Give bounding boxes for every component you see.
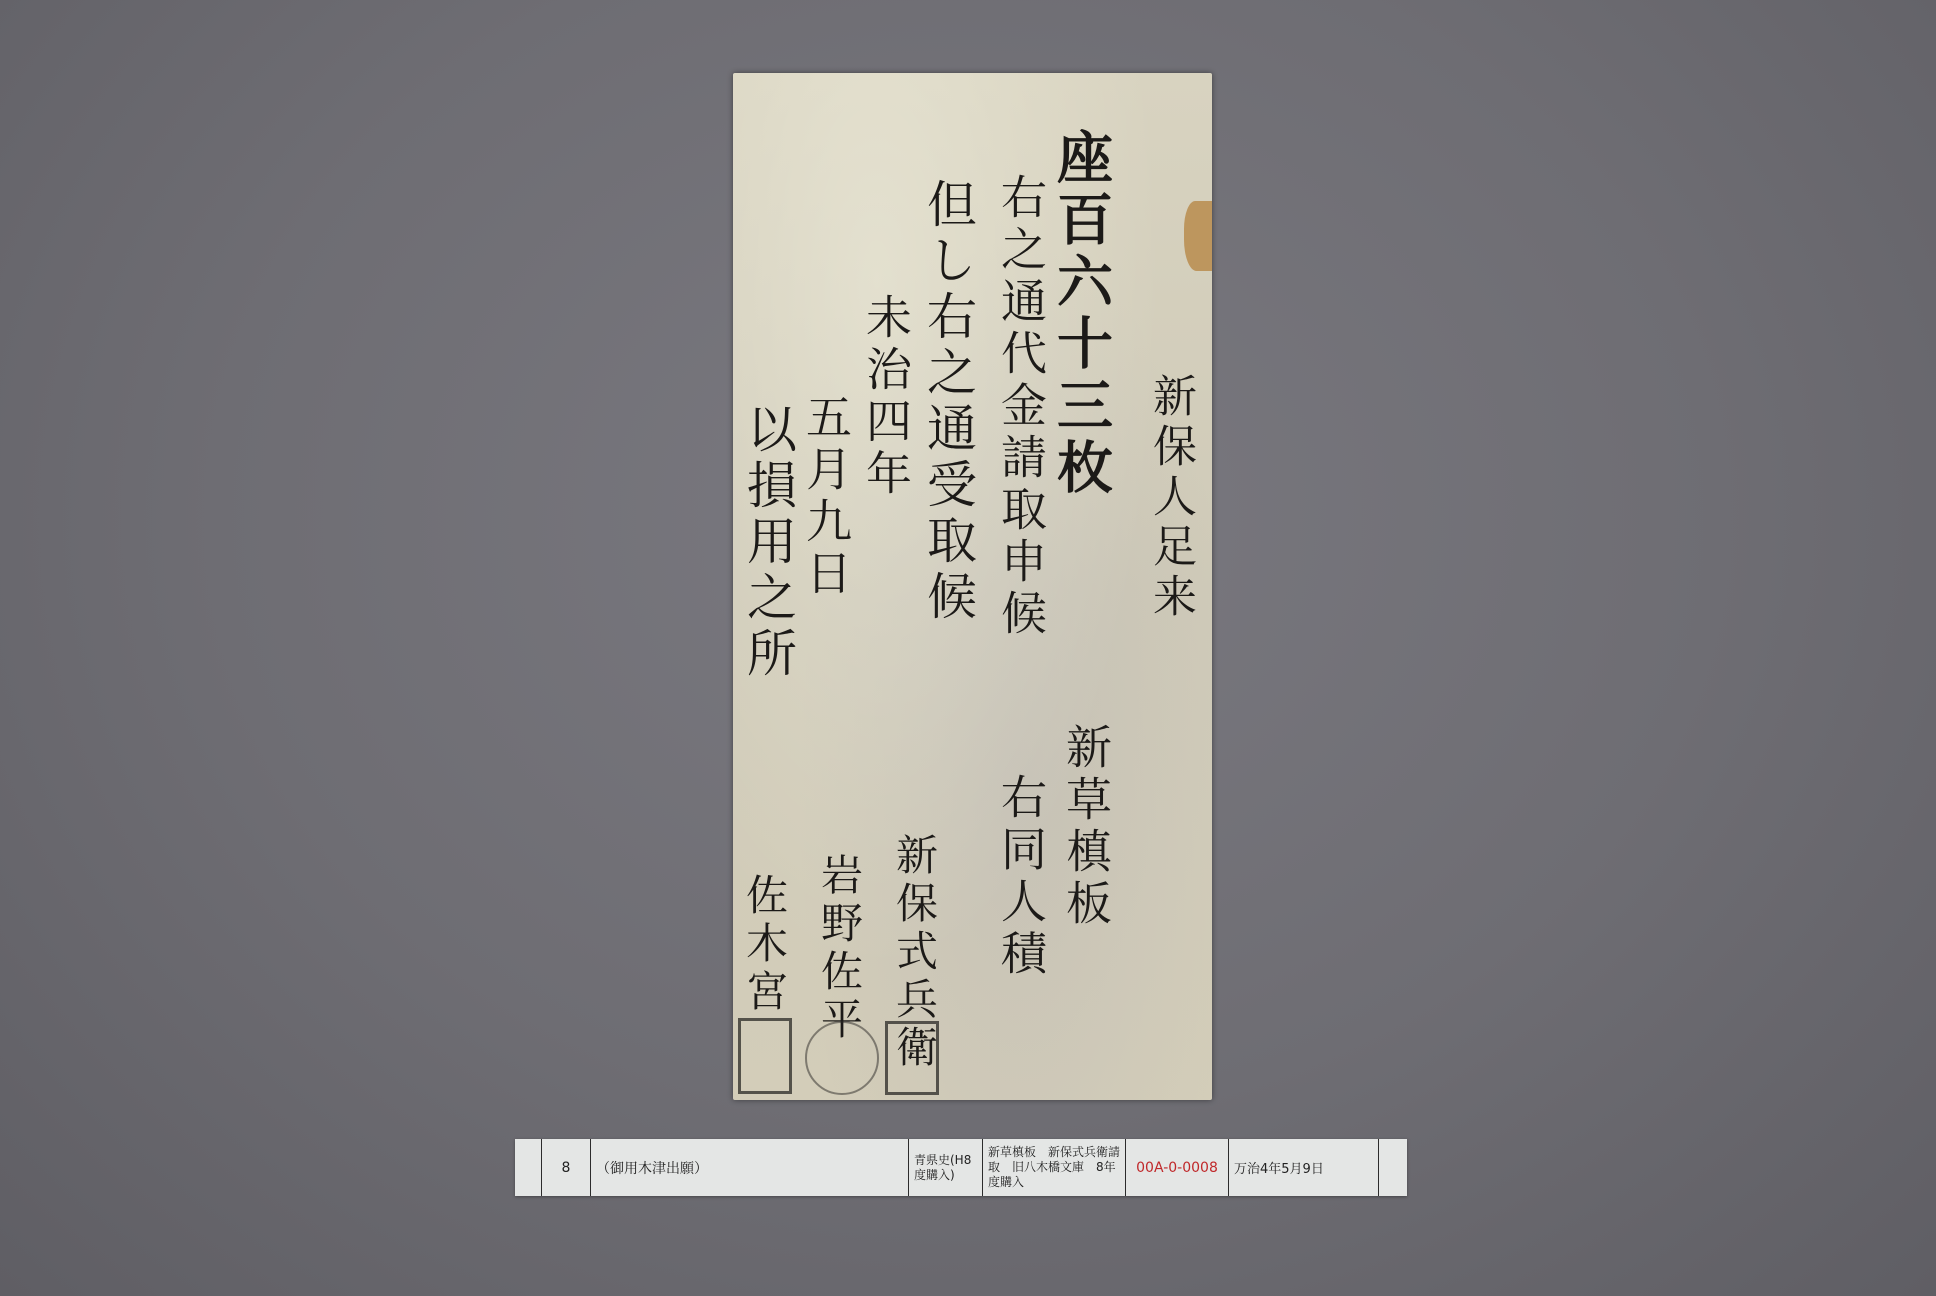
seal-round-center (805, 1021, 879, 1095)
catalog-label-strip: 8 （御用木津出願） 青県史(H8度購入) 新草槙板 新保式兵衛請取 旧八木橋文… (515, 1139, 1407, 1196)
label-source: 青県史(H8度購入) (909, 1139, 983, 1196)
label-description: 新草槙板 新保式兵衛請取 旧八木橋文庫 8年度購入 (983, 1139, 1126, 1196)
column-7: 以損用之所 (743, 403, 793, 683)
column-4: 但し右之通受取候 (923, 178, 973, 626)
label-date: 万治4年5月9日 (1229, 1139, 1379, 1196)
label-blank-left (515, 1139, 541, 1196)
signature-2: 岩野佐平 (818, 853, 860, 1045)
seal-square-right (885, 1021, 939, 1095)
paper-stain (1184, 201, 1212, 271)
column-3: 右之通代金請取申候 (998, 173, 1044, 641)
seal-square-left (738, 1018, 792, 1094)
label-blank-right (1379, 1139, 1407, 1196)
label-title: （御用木津出願） (591, 1139, 909, 1196)
column-6: 五月九日 (803, 393, 849, 601)
column-8: 新草槙板 (1063, 723, 1109, 931)
label-number: 8 (541, 1139, 591, 1196)
column-1: 新保人足来 (1148, 373, 1192, 623)
column-2: 座百六十三枚 (1053, 128, 1109, 500)
manuscript-document: 新保人足来 座百六十三枚 右之通代金請取申候 但し右之通受取候 未治四年 五月九… (733, 73, 1212, 1100)
signature-3: 佐木宮 (743, 873, 785, 1017)
column-9: 右同人積 (998, 773, 1044, 981)
column-5: 未治四年 (863, 293, 909, 501)
label-id: 00A-0-0008 (1126, 1139, 1229, 1196)
